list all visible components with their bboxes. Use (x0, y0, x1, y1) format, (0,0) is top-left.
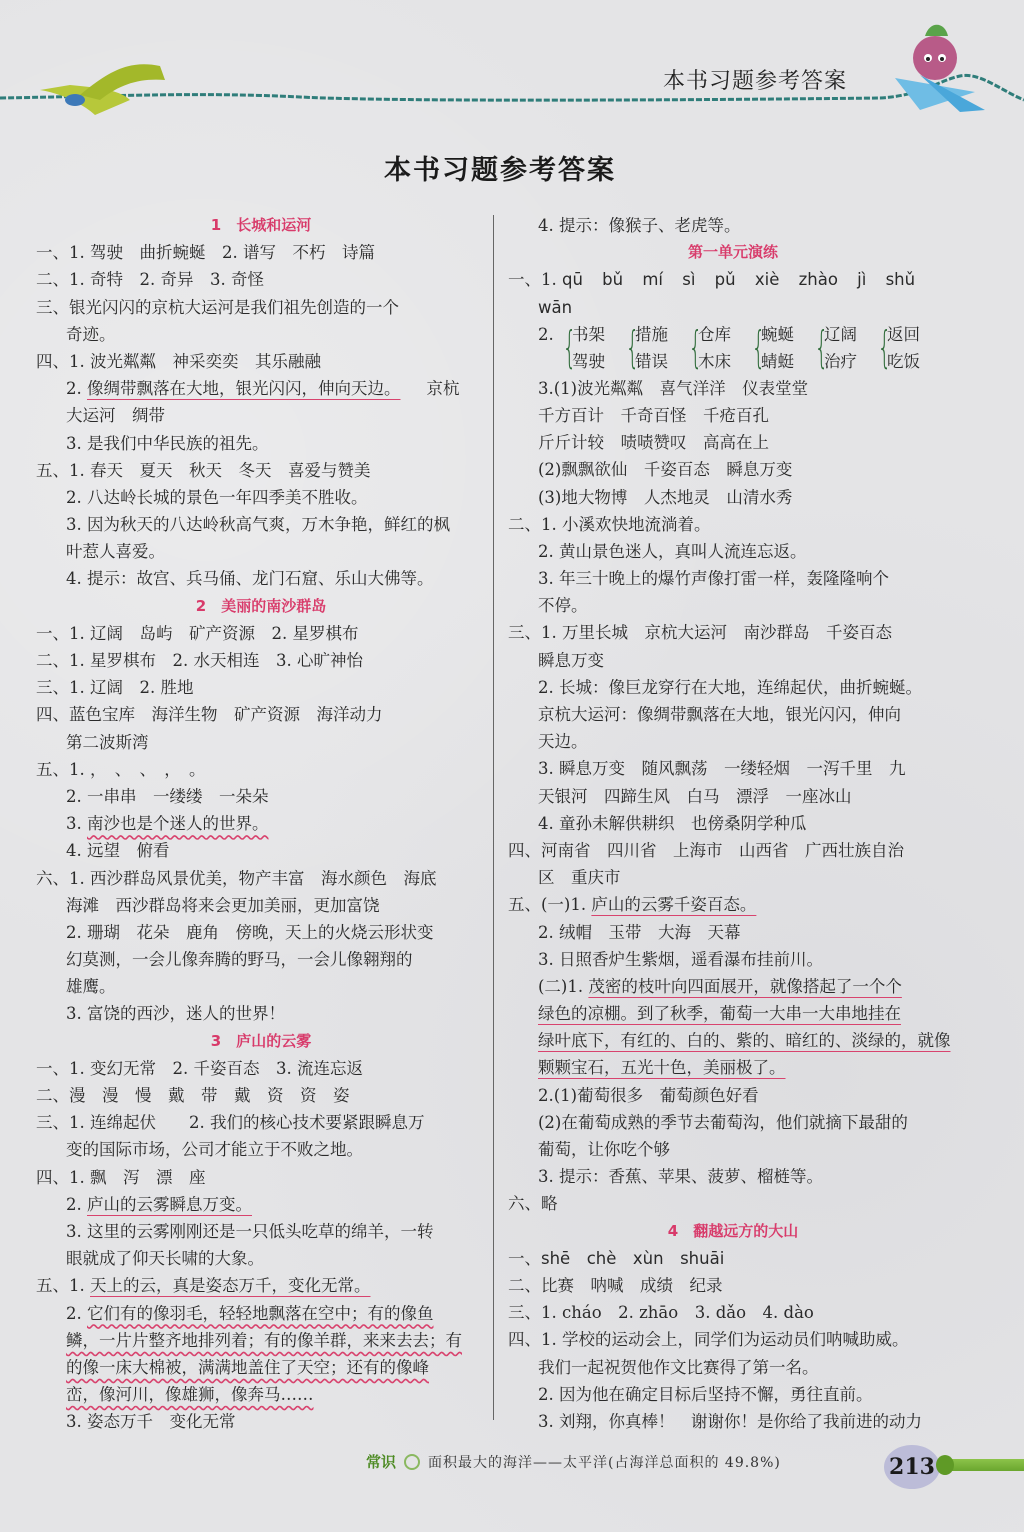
answer-line: 一、1. 驾驶 曲折蜿蜒 2. 谱写 不朽 诗篇 (36, 239, 486, 266)
answer-line: 变的国际市场，公司才能立于不败之地。 (36, 1136, 486, 1163)
word: 书架 (572, 321, 605, 348)
wavy-underlined-answer: 鳞，一片片整齐地排列着；有的像羊群，来来去去；有 (66, 1331, 462, 1350)
wavy-underlined-answer: 它们有的像羽毛，轻轻地飘落在空中；有的像鱼 (87, 1304, 434, 1323)
answer-line: 2. 它们有的像羽毛，轻轻地飘落在空中；有的像鱼 (36, 1300, 486, 1327)
word: 错误 (635, 348, 668, 375)
item-number: 2. (66, 1304, 87, 1323)
answer-line: 京杭大运河：像绸带飘落在大地，银光闪闪，伸向 (508, 701, 958, 728)
answer-line: 五、(一)1. 庐山的云雾千姿百态。 (508, 891, 958, 918)
answer-line: 二、1. 星罗棋布 2. 水天相连 3. 心旷神怡 (36, 647, 486, 674)
word-pair: {辽阔治疗 (812, 321, 857, 375)
underlined-answer: 像绸带飘落在大地，银光闪闪，伸向天边。 (87, 379, 401, 398)
answer-line: 二、漫 漫 慢 戴 带 戴 资 资 姿 (36, 1082, 486, 1109)
answer-line: 2.(1)葡萄很多 葡萄颜色好看 (508, 1082, 958, 1109)
answer-line: 4. 提示：故宫、兵马俑、龙门石窟、乐山大佛等。 (36, 565, 486, 592)
answer-line: 不停。 (508, 592, 958, 619)
answer-line: 4. 童孙未解供耕织 也傍桑阴学种瓜 (508, 810, 958, 837)
item-number: 一、1. (508, 270, 557, 289)
answer-line: 2. 一串串 一缕缕 一朵朵 (36, 783, 486, 810)
answer-line: 千方百计 千奇百怪 千疮百孔 (508, 402, 958, 429)
answer-line: 3. 因为秋天的八达岭秋高气爽，万木争艳，鲜红的枫 (36, 511, 486, 538)
page-footer: 常识 面积最大的海洋——太平洋(占海洋总面积的 49.8%) 213 (0, 1445, 1024, 1485)
answer-line: 四、1. 波光粼粼 神采奕奕 其乐融融 (36, 348, 486, 375)
answer-line: 斤斤计较 啧啧赞叹 高高在上 (508, 429, 958, 456)
answer-line: 一、1. 变幻无常 2. 千姿百态 3. 流连忘返 (36, 1055, 486, 1082)
item-number: 3. (66, 814, 87, 833)
answer-line: 3. 南沙也是个迷人的世界。 (36, 810, 486, 837)
wavy-underlined-answer: 的像一床大棉被，满满地盖住了天空；还有的像峰 (66, 1358, 429, 1377)
answer-line: 2. 珊瑚 花朵 鹿角 傍晚，天上的火烧云形状变 (36, 919, 486, 946)
green-bar-decoration (944, 1459, 1024, 1471)
page-number: 213 (884, 1445, 940, 1489)
answer-line: 2. 像绸带飘落在大地，银光闪闪，伸向天边。京杭 (36, 375, 486, 402)
right-column: 4. 提示：像猴子、老虎等。 第一单元演练 一、1. qū bǔ mí sì p… (508, 212, 958, 1435)
answer-line: 二、1. 小溪欢快地流淌着。 (508, 511, 958, 538)
item-number: 五、1. (36, 1276, 90, 1295)
answer-line: 第二波斯湾 (36, 729, 486, 756)
word: 木床 (698, 348, 731, 375)
answer-line: 叶惹人喜爱。 (36, 538, 486, 565)
word-pair: {返回吃饭 (875, 321, 920, 375)
answer-line: 鳞，一片片整齐地排列着；有的像羊群，来来去去；有 (36, 1327, 486, 1354)
answer-line: 3.(1)波光粼粼 喜气洋洋 仪表堂堂 (508, 375, 958, 402)
answer-line: 绿色的凉棚。到了秋季，葡萄一大串一大串地挂在 (508, 1000, 958, 1027)
answer-line: 一、shē chè xùn shuāi (508, 1245, 958, 1272)
word-pair: {仓库木床 (686, 321, 731, 375)
wavy-underlined-answer: 峦，像河川，像雄狮，像奔马…… (66, 1385, 314, 1404)
answer-line: 2. 绒帽 玉带 大海 天幕 (508, 919, 958, 946)
underlined-answer: 天上的云，真是姿态万千，变化无常。 (90, 1276, 371, 1295)
brace-icon: { (878, 321, 883, 375)
answer-line: 一、1. 辽阔 岛屿 矿产资源 2. 星罗棋布 (36, 620, 486, 647)
answer-line: 绿叶底下，有红的、白的、紫的、暗红的、淡绿的，就像 (508, 1027, 958, 1054)
brace-icon: { (689, 321, 694, 375)
answer-line: 四、1. 飘 泻 漂 座 (36, 1164, 486, 1191)
word: 蜿蜒 (761, 321, 794, 348)
answer-line: 五、1. 天上的云，真是姿态万千，变化无常。 (36, 1272, 486, 1299)
answer-line: 海滩 西沙群岛将来会更加美丽，更加富饶 (36, 892, 486, 919)
word: 蜻蜓 (761, 348, 794, 375)
pinyin-answer: wān (508, 294, 958, 321)
word: 驾驶 (572, 348, 605, 375)
answer-line: 六、略 (508, 1190, 958, 1217)
section-title: 1 长城和运河 (36, 212, 486, 239)
answer-line: 奇迹。 (36, 321, 486, 348)
underlined-answer: 庐山的云雾瞬息万变。 (87, 1195, 252, 1214)
answer-text: 京杭 (427, 379, 460, 398)
wavy-underlined-answer: 南沙也是个迷人的世界。 (87, 814, 269, 833)
ribbon-decoration-icon (0, 0, 1024, 130)
word: 返回 (887, 321, 920, 348)
word-pair-groups: 2. {书架驾驶 {措施错误 {仓库木床 {蜿蜒蜻蜓 {辽阔治疗 {返回吃饭 (508, 321, 958, 375)
answer-line: 颗颗宝石，五光十色，美丽极了。 (508, 1054, 958, 1081)
underlined-answer: 庐山的云雾千姿百态。 (591, 895, 756, 914)
section-title: 4 翻越远方的大山 (508, 1218, 958, 1245)
page-title: 本书习题参考答案 (0, 148, 1000, 187)
answer-line: (2)在葡萄成熟的季节去葡萄沟，他们就摘下最甜的 (508, 1109, 958, 1136)
word-pair: {书架驾驶 (560, 321, 605, 375)
answer-line: 2. 长城：像巨龙穿行在大地，连绵起伏，曲折蜿蜒。 (508, 674, 958, 701)
tip-label: 常识 (366, 1451, 396, 1472)
answer-line: 二、1. 奇特 2. 奇异 3. 奇怪 (36, 266, 486, 293)
section-title: 第一单元演练 (508, 239, 958, 266)
arrow-icon (936, 1455, 954, 1475)
answer-line: 3. 富饶的西沙，迷人的世界！ (36, 1000, 486, 1027)
underlined-answer: 茂密的枝叶向四面展开，就像搭起了一个个 (588, 977, 902, 996)
answer-line: 四、蓝色宝库 海洋生物 矿产资源 海洋动力 (36, 701, 486, 728)
item-number: 2. (538, 321, 560, 348)
brace-icon: { (752, 321, 757, 375)
word: 治疗 (824, 348, 857, 375)
answer-line: 4. 远望 俯看 (36, 837, 486, 864)
circle-icon (404, 1454, 420, 1470)
word: 辽阔 (824, 321, 857, 348)
pinyin-answer: qū bǔ mí sì pǔ xiè zhào jì shǔ (562, 270, 915, 289)
word: 吃饭 (887, 348, 920, 375)
answer-line: 区 重庆市 (508, 864, 958, 891)
underlined-answer: 绿色的凉棚。到了秋季，葡萄一大串一大串地挂在 (538, 1004, 901, 1023)
answer-line: 三、1. 辽阔 2. 胜地 (36, 674, 486, 701)
answer-line: 大运河 绸带 (36, 402, 486, 429)
answer-line: 2. 黄山景色迷人，真叫人流连忘返。 (508, 538, 958, 565)
answer-line: 3. 刘翔，你真棒！ 谢谢你！是你给了我前进的动力 (508, 1408, 958, 1435)
section-title: 2 美丽的南沙群岛 (36, 593, 486, 620)
answer-line: 天银河 四蹄生风 白马 漂浮 一座冰山 (508, 783, 958, 810)
answer-line: 二、比赛 呐喊 成绩 纪录 (508, 1272, 958, 1299)
answer-line: 3. 提示：香蕉、苹果、菠萝、榴梿等。 (508, 1163, 958, 1190)
answer-line: 三、1. 连绵起伏 2. 我们的核心技术要紧跟瞬息万 (36, 1109, 486, 1136)
answer-line: 葡萄，让你吃个够 (508, 1136, 958, 1163)
page-header: 本书习题参考答案 (0, 0, 1024, 130)
word: 措施 (635, 321, 668, 348)
item-number: (二)1. (538, 977, 588, 996)
answer-line: 一、1. qū bǔ mí sì pǔ xiè zhào jì shǔ (508, 266, 958, 293)
answer-line: 2. 因为他在确定目标后坚持不懈，勇往直前。 (508, 1381, 958, 1408)
answer-line: 四、河南省 四川省 上海市 山西省 广西壮族自治 (508, 837, 958, 864)
answer-line: 3. 是我们中华民族的祖先。 (36, 430, 486, 457)
underlined-answer: 绿叶底下，有红的、白的、紫的、暗红的、淡绿的，就像 (538, 1031, 951, 1050)
answer-line: 六、1. 西沙群岛风景优美，物产丰富 海水颜色 海底 (36, 865, 486, 892)
answer-line: 3. 这里的云雾刚刚还是一只低头吃草的绵羊，一转 (36, 1218, 486, 1245)
answer-line: 幻莫测，一会儿像奔腾的野马，一会儿像翱翔的 (36, 946, 486, 973)
answer-line: 瞬息万变 (508, 647, 958, 674)
word-pair: {蜿蜒蜻蜓 (749, 321, 794, 375)
answer-line: 三、银光闪闪的京杭大运河是我们祖先创造的一个 (36, 294, 486, 321)
answer-line: 四、1. 学校的运动会上，同学们为运动员们呐喊助威。 (508, 1326, 958, 1353)
answer-line: 2. 庐山的云雾瞬息万变。 (36, 1191, 486, 1218)
running-header-title: 本书习题参考答案 (663, 64, 847, 95)
section-title: 3 庐山的云雾 (36, 1028, 486, 1055)
word-pair: {措施错误 (623, 321, 668, 375)
left-column: 1 长城和运河 一、1. 驾驶 曲折蜿蜒 2. 谱写 不朽 诗篇 二、1. 奇特… (36, 212, 486, 1435)
answer-line: 4. 提示：像猴子、老虎等。 (508, 212, 958, 239)
answer-line: 3. 姿态万千 变化无常 (36, 1408, 486, 1435)
answer-line: 2. 八达岭长城的景色一年四季美不胜收。 (36, 484, 486, 511)
answer-line: 三、1. 万里长城 京杭大运河 南沙群岛 千姿百态 (508, 619, 958, 646)
tip-text: 面积最大的海洋——太平洋(占海洋总面积的 49.8%) (428, 1452, 781, 1472)
answer-line: 我们一起祝贺他作文比赛得了第一名。 (508, 1354, 958, 1381)
answer-line: 雄鹰。 (36, 973, 486, 1000)
answer-line: 五、1. ， 、 、 ， 。 (36, 756, 486, 783)
brace-icon: { (563, 321, 568, 375)
item-number: 2. (66, 379, 87, 398)
answer-line: (二)1. 茂密的枝叶向四面展开，就像搭起了一个个 (508, 973, 958, 1000)
underlined-answer: 颗颗宝石，五光十色，美丽极了。 (538, 1058, 786, 1077)
column-divider (493, 215, 494, 1420)
item-number: 2. (66, 1195, 87, 1214)
item-number: 五、(一)1. (508, 895, 591, 914)
answer-line: 峦，像河川，像雄狮，像奔马…… (36, 1381, 486, 1408)
brace-icon: { (815, 321, 820, 375)
answer-line: 3. 日照香炉生紫烟，遥看瀑布挂前川。 (508, 946, 958, 973)
answer-line: (3)地大物博 人杰地灵 山清水秀 (508, 484, 958, 511)
answer-line: 的像一床大棉被，满满地盖住了天空；还有的像峰 (36, 1354, 486, 1381)
answer-line: 3. 瞬息万变 随风飘荡 一缕轻烟 一泻千里 九 (508, 755, 958, 782)
answer-line: (2)飘飘欲仙 千姿百态 瞬息万变 (508, 456, 958, 483)
word: 仓库 (698, 321, 731, 348)
answer-line: 三、1. cháo 2. zhāo 3. dǎo 4. dào (508, 1299, 958, 1326)
answer-line: 眼就成了仰天长啸的大象。 (36, 1245, 486, 1272)
answer-line: 3. 年三十晚上的爆竹声像打雷一样，轰隆隆响个 (508, 565, 958, 592)
answer-line: 天边。 (508, 728, 958, 755)
answer-line: 五、1. 春天 夏天 秋天 冬天 喜爱与赞美 (36, 457, 486, 484)
brace-icon: { (626, 321, 631, 375)
